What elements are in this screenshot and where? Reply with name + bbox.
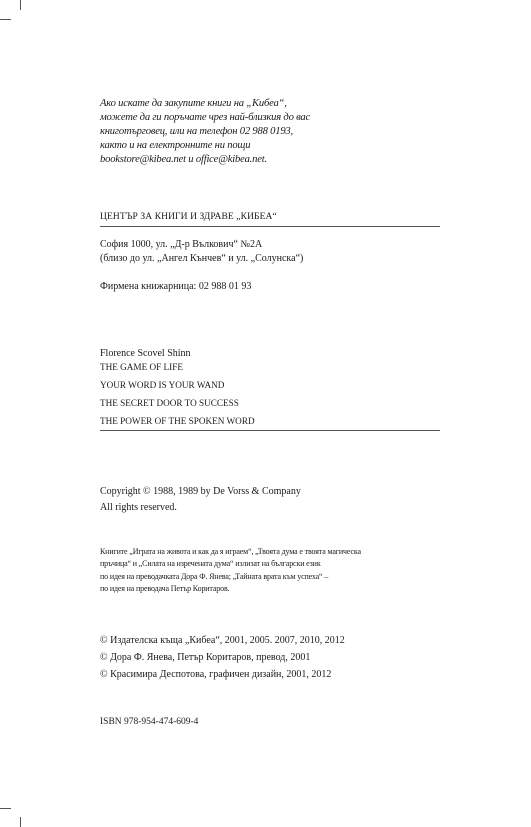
rights-line: © Красимира Деспотова, графичен дизайн, …	[100, 666, 345, 683]
order-info-line: Ако искате да закупите книги на „Кибеа“,	[100, 97, 310, 111]
publisher-address: София 1000, ул. „Д-р Вълкович“ №2А (близ…	[100, 238, 303, 266]
note-line: пръчица“ и „Силата на изречената дума“ и…	[100, 558, 361, 570]
original-title: THE GAME OF LIFE	[100, 361, 440, 373]
order-info-line: както и на електронните ни пощи	[100, 139, 310, 153]
address-line: (близо до ул. „Ангел Кънчев“ и ул. „Солу…	[100, 252, 303, 266]
order-info-line: книготърговец, или на телефон 02 988 019…	[100, 125, 310, 139]
original-title: THE SECRET DOOR TO SUCCESS	[100, 397, 440, 409]
order-info-emails: bookstore@kibea.net и office@kibea.net.	[100, 153, 310, 167]
original-titles: Florence Scovel Shinn THE GAME OF LIFE Y…	[100, 347, 440, 431]
translation-note: Книгите „Играта на живота и как да я игр…	[100, 546, 361, 595]
crop-mark-top-vertical	[20, 0, 21, 10]
isbn: ISBN 978-954-474-609-4	[100, 716, 198, 728]
bookstore-phone: Фирмена книжарница: 02 988 01 93	[100, 280, 251, 294]
note-line: по идея на преводачката Дора Ф. Янева; „…	[100, 571, 361, 583]
order-info: Ако искате да закупите книги на „Кибеа“,…	[100, 97, 310, 167]
rights-list: © Издателска къща „Кибеа“, 2001, 2005. 2…	[100, 632, 345, 683]
original-title: THE POWER OF THE SPOKEN WORD	[100, 415, 440, 431]
copyright-notice: Copyright © 1988, 1989 by De Vorss & Com…	[100, 484, 301, 516]
crop-mark-bottom-vertical	[20, 817, 21, 827]
original-author: Florence Scovel Shinn	[100, 347, 440, 360]
rights-line: © Издателска къща „Кибеа“, 2001, 2005. 2…	[100, 632, 345, 649]
note-line: Книгите „Играта на живота и как да я игр…	[100, 546, 361, 558]
crop-mark-top-horizontal	[0, 19, 11, 20]
address-line: София 1000, ул. „Д-р Вълкович“ №2А	[100, 238, 303, 252]
original-title: YOUR WORD IS YOUR WAND	[100, 379, 440, 391]
rights-line: © Дора Ф. Янева, Петър Коритаров, превод…	[100, 649, 345, 666]
crop-mark-bottom-horizontal	[0, 808, 11, 809]
note-line: по идея на преводача Петър Коритаров.	[100, 583, 361, 595]
copyright-line: Copyright © 1988, 1989 by De Vorss & Com…	[100, 484, 301, 500]
rights-reserved: All rights reserved.	[100, 500, 301, 516]
order-info-line: можете да ги поръчате чрез най-близкия д…	[100, 111, 310, 125]
publisher-name: ЦЕНТЪР ЗА КНИГИ И ЗДРАВЕ „КИБЕА“	[100, 211, 440, 227]
